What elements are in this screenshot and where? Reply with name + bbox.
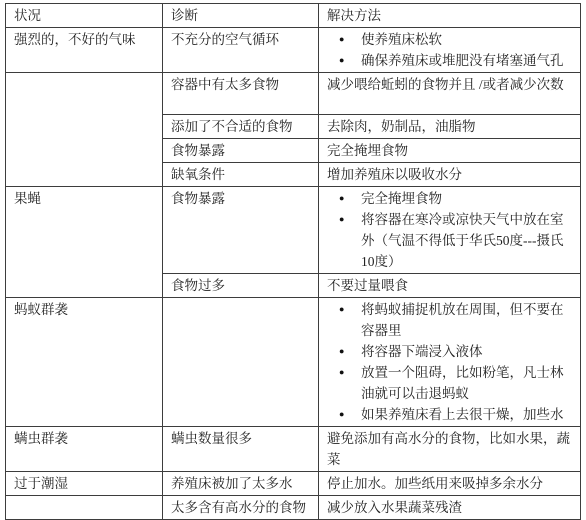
- header-solution: 解决方法: [319, 4, 581, 28]
- bullet-icon: ●: [327, 188, 361, 209]
- troubleshooting-table: 状况 诊断 解决方法 强烈的，不好的气味 不充分的空气循环 ●使养殖床松软 ●确…: [5, 3, 581, 496]
- bullet-text: 将蚂蚁捕捉机放在周围，但不要在容器里: [361, 299, 576, 341]
- bullet-item: ●确保养殖床或堆肥没有堵塞通气孔: [327, 50, 576, 71]
- bullet-text: 放置一个阻碍，比如粉笔，凡士林油就可以击退蚂蚁: [361, 362, 576, 404]
- diagnosis-cell: 养殖床被加了太多水: [163, 472, 319, 496]
- table-row: 强烈的，不好的气味 不充分的空气循环 ●使养殖床松软 ●确保养殖床或堆肥没有堵塞…: [6, 28, 581, 73]
- solution-cell: ●将蚂蚁捕捉机放在周围，但不要在容器里 ●将容器下端浸入液体 ●放置一个阻碍，比…: [319, 298, 581, 427]
- diagnosis-cell: 食物过多: [163, 274, 319, 298]
- bullet-item: ●放置一个阻碍，比如粉笔，凡士林油就可以击退蚂蚁: [327, 362, 576, 404]
- bullet-item: ●将容器在寒冷或凉快天气中放在室外（气温不得低于华氏50度---摄氏10度）: [327, 209, 576, 272]
- diagnosis-cell: 添加了不合适的食物: [163, 115, 319, 139]
- bullet-text: 将容器下端浸入液体: [361, 341, 576, 362]
- condition-cell: [6, 73, 163, 187]
- solution-cell: ●使养殖床松软 ●确保养殖床或堆肥没有堵塞通气孔: [319, 28, 581, 73]
- table-header-row: 状况 诊断 解决方法: [6, 4, 581, 28]
- solution-cell: 增加养殖床以吸收水分: [319, 163, 581, 187]
- solution-cell: 停止加水。加些纸用来吸掉多余水分: [319, 472, 581, 496]
- bullet-text: 如果养殖床看上去很干燥，加些水: [361, 404, 576, 425]
- bullet-item: ●完全掩埋食物: [327, 188, 576, 209]
- document-page: 状况 诊断 解决方法 强烈的，不好的气味 不充分的空气循环 ●使养殖床松软 ●确…: [5, 3, 581, 496]
- condition-cell: 螨虫群袭: [6, 427, 163, 472]
- header-diagnosis: 诊断: [163, 4, 319, 28]
- bullet-icon: ●: [327, 404, 361, 425]
- bullet-icon: ●: [327, 341, 361, 362]
- diagnosis-cell: 容器中有太多食物: [163, 73, 319, 115]
- bullet-icon: ●: [327, 299, 361, 341]
- condition-cell: 蚂蚁群袭: [6, 298, 163, 427]
- table-row: 过于潮湿 养殖床被加了太多水 停止加水。加些纸用来吸掉多余水分: [6, 472, 581, 496]
- table-row: 蚂蚁群袭 ●将蚂蚁捕捉机放在周围，但不要在容器里 ●将容器下端浸入液体 ●放置一…: [6, 298, 581, 427]
- diagnosis-cell: 不充分的空气循环: [163, 28, 319, 73]
- solution-cell: 不要过量喂食: [319, 274, 581, 298]
- header-condition: 状况: [6, 4, 163, 28]
- table-row: 果蝇 食物暴露 ●完全掩埋食物 ●将容器在寒冷或凉快天气中放在室外（气温不得低于…: [6, 187, 581, 274]
- condition-cell: 过于潮湿: [6, 472, 163, 496]
- solution-cell: 去除肉，奶制品，油脂物: [319, 115, 581, 139]
- solution-cell: 减少喂给蚯蚓的食物并且 /或者减少次数: [319, 73, 581, 115]
- solution-cell: 避免添加有高水分的食物，比如水果，蔬菜: [319, 427, 581, 472]
- diagnosis-cell: 缺氧条件: [163, 163, 319, 187]
- bullet-item: ●将容器下端浸入液体: [327, 341, 576, 362]
- bullet-item: ●使养殖床松软: [327, 29, 576, 50]
- bullet-text: 使养殖床松软: [361, 29, 576, 50]
- solution-cell: ●完全掩埋食物 ●将容器在寒冷或凉快天气中放在室外（气温不得低于华氏50度---…: [319, 187, 581, 274]
- bullet-item: ●如果养殖床看上去很干燥，加些水: [327, 404, 576, 425]
- solution-cell: 完全掩埋食物: [319, 139, 581, 163]
- diagnosis-cell: 食物暴露: [163, 187, 319, 274]
- diagnosis-cell: 螨虫数量很多: [163, 427, 319, 472]
- bullet-icon: ●: [327, 29, 361, 50]
- condition-cell: 强烈的，不好的气味: [6, 28, 163, 73]
- condition-cell: 果蝇: [6, 187, 163, 298]
- diagnosis-cell: [163, 298, 319, 427]
- bullet-text: 将容器在寒冷或凉快天气中放在室外（气温不得低于华氏50度---摄氏10度）: [361, 209, 576, 272]
- bullet-icon: ●: [327, 362, 361, 404]
- table-row: 容器中有太多食物 减少喂给蚯蚓的食物并且 /或者减少次数: [6, 73, 581, 115]
- bullet-text: 确保养殖床或堆肥没有堵塞通气孔: [361, 50, 576, 71]
- bullet-icon: ●: [327, 209, 361, 272]
- bullet-item: ●将蚂蚁捕捉机放在周围，但不要在容器里: [327, 299, 576, 341]
- bullet-text: 完全掩埋食物: [361, 188, 576, 209]
- bullet-icon: ●: [327, 50, 361, 71]
- diagnosis-cell: 食物暴露: [163, 139, 319, 163]
- table-row: 螨虫群袭 螨虫数量很多 避免添加有高水分的食物，比如水果，蔬菜: [6, 427, 581, 472]
